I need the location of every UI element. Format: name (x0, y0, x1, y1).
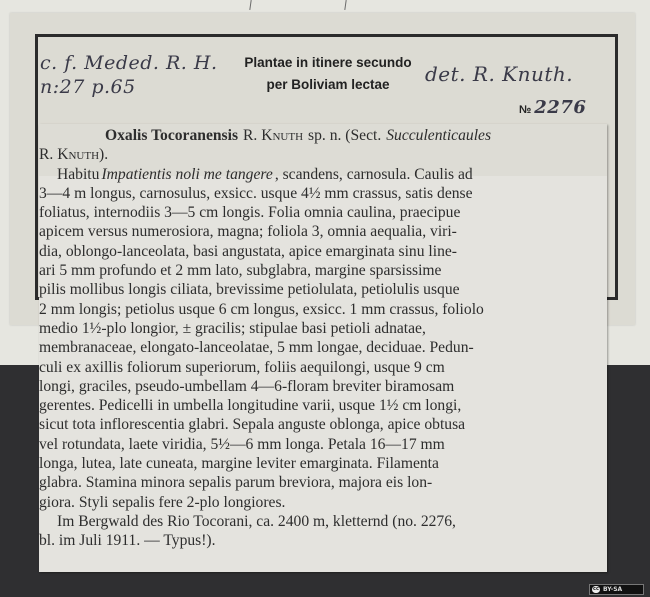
desc-line-12: longi, graciles, pseudo-umbellam 4—6-flo… (39, 377, 601, 396)
text-span: culi ex axillis foliorum superiorum, fol… (39, 358, 445, 377)
text-span: glabra. Stamina minora sepalis parum bre… (39, 473, 432, 492)
desc-line-15: vel rotundata, laete viridia, 5½—6 mm lo… (39, 435, 601, 454)
desc-line-11: culi ex axillis foliorum superiorum, fol… (39, 358, 601, 377)
desc-line-7: pilis mollibus longis ciliata, brevissim… (39, 280, 601, 299)
locality-line-2: bl. im Juli 1911. — Typus!). (39, 531, 601, 550)
description-slip: Oxalis Tocoranensis R. Knuth sp. n. (Sec… (39, 124, 607, 572)
desc-line-18: giora. Styli sepalis fere 2-plo longiore… (39, 493, 601, 512)
desc-line-8: 2 mm longis; petiolus usque 6 cm longus,… (39, 300, 601, 319)
species-name: Oxalis Tocoranensis (105, 126, 238, 145)
number-value: 2276 (534, 97, 586, 118)
text-italic: Impatientis noli me tangere (101, 165, 272, 184)
collection-number: №2276 (519, 97, 586, 118)
handwritten-reference-line2: n:27 p.65 (40, 76, 136, 98)
section-name: Succulenticaules (386, 126, 491, 145)
locality-line-1: Im Bergwald des Rio Tocorani, ca. 2400 m… (39, 512, 601, 531)
desc-line-4: apicem versus numerosiora, magna; foliol… (39, 222, 601, 241)
section-author-line: R. Knuth). (39, 145, 601, 164)
locality-text: bl. im Juli 1911. — Typus!). (39, 531, 216, 550)
species-status: sp. n. (Sect. (308, 126, 381, 145)
desc-line-10: membranaceae, elongato-lanceolatae, 5 mm… (39, 338, 601, 357)
desc-line-3: foliatus, internodiis 3—5 cm longis. Fol… (39, 203, 601, 222)
text-span: pilis mollibus longis ciliata, brevissim… (39, 280, 460, 299)
text-span: sicut tota inflorescentia glabri. Sepala… (39, 415, 465, 434)
text-span: 2 mm longis; petiolus usque 6 cm longus,… (39, 300, 484, 319)
label-title: Plantae in itinere secundo per Boliviam … (228, 52, 428, 96)
desc-line-1: Habitu Impatientis noli me tangere, scan… (39, 165, 601, 184)
text-span: vel rotundata, laete viridia, 5½—6 mm lo… (39, 435, 445, 454)
top-pen-marks (0, 0, 650, 10)
desc-line-5: dia, oblongo-lanceolata, basi angustata,… (39, 242, 601, 261)
text-span: longi, graciles, pseudo-umbellam 4—6-flo… (39, 377, 454, 396)
desc-line-14: sicut tota inflorescentia glabri. Sepala… (39, 415, 601, 434)
label-title-line2: per Boliviam lectae (228, 74, 428, 96)
text-span: giora. Styli sepalis fere 2-plo longiore… (39, 493, 285, 512)
species-heading: Oxalis Tocoranensis R. Knuth sp. n. (Sec… (39, 126, 601, 145)
label-title-line1: Plantae in itinere secundo (228, 52, 428, 74)
text-span: , scandens, carnosula. Caulis ad (275, 165, 473, 184)
species-author: R. Knuth (243, 126, 303, 145)
desc-line-16: longa, lutea, late cuneata, margine levi… (39, 454, 601, 473)
description-text: Oxalis Tocoranensis R. Knuth sp. n. (Sec… (39, 126, 601, 551)
text-span: gerentes. Pedicelli in umbella longitudi… (39, 396, 461, 415)
text-span: apicem versus numerosiora, magna; foliol… (39, 222, 457, 241)
text-span: membranaceae, elongato-lanceolatae, 5 mm… (39, 338, 474, 357)
text-span: Habitu (57, 165, 99, 184)
section-author: R. Knuth). (39, 145, 108, 164)
desc-line-13: gerentes. Pedicelli in umbella longitudi… (39, 396, 601, 415)
text-span: dia, oblongo-lanceolata, basi angustata,… (39, 242, 457, 261)
desc-line-17: glabra. Stamina minora sepalis parum bre… (39, 473, 601, 492)
desc-line-2: 3—4 m longus, carnosulus, exsicc. usque … (39, 184, 601, 203)
text-span: longa, lutea, late cuneata, margine levi… (39, 454, 439, 473)
cc-icon: cc (592, 586, 600, 593)
handwritten-reference-line1: c. f. Meded. R. H. (40, 52, 218, 74)
license-label: BY-SA (603, 586, 622, 593)
number-prefix: № (519, 104, 531, 116)
text-span: medio 1½-plo longior, ± gracilis; stipul… (39, 319, 426, 338)
handwritten-determiner: det. R. Knuth. (425, 62, 573, 86)
desc-line-9: medio 1½-plo longior, ± gracilis; stipul… (39, 319, 601, 338)
desc-line-6: ari 5 mm profundo et 2 mm lato, subglabr… (39, 261, 601, 280)
text-span: 3—4 m longus, carnosulus, exsicc. usque … (39, 184, 473, 203)
text-span: foliatus, internodiis 3—5 cm longis. Fol… (39, 203, 460, 222)
text-span: ari 5 mm profundo et 2 mm lato, subglabr… (39, 261, 441, 280)
license-badge[interactable]: cc BY-SA (589, 584, 644, 595)
locality-text: Im Bergwald des Rio Tocorani, ca. 2400 m… (57, 512, 456, 531)
